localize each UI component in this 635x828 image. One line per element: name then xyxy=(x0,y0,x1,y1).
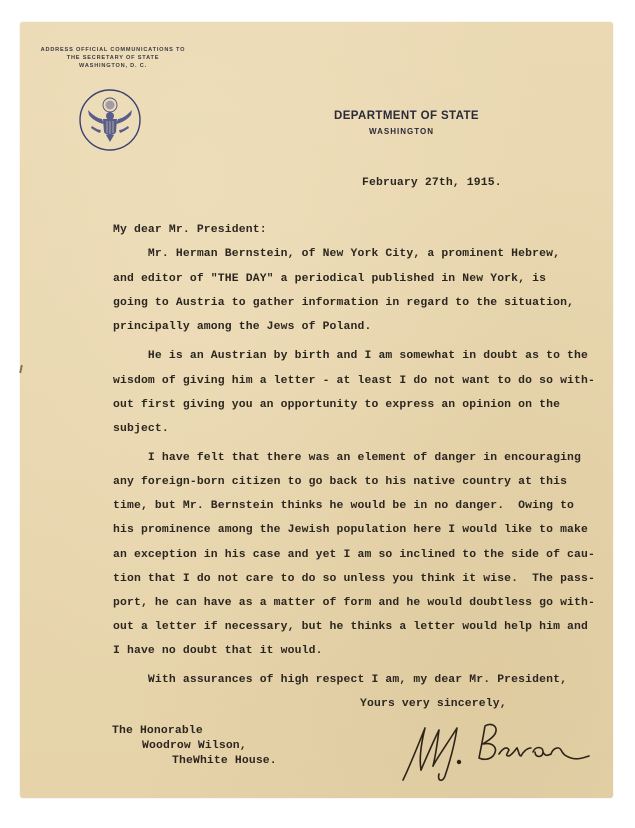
recipient-line-1: The Honorable xyxy=(112,725,203,737)
body-line-10: any foreign-born citizen to go back to h… xyxy=(113,476,567,488)
letterhead-address-line-1: ADDRESS OFFICIAL COMMUNICATIONS TO xyxy=(28,47,198,53)
letterhead-address-line-3: WASHINGTON, D. C. xyxy=(28,63,198,69)
body-line-16: out a letter if necessary, but he thinks… xyxy=(113,621,588,633)
body-line-14: tion that I do not care to do so unless … xyxy=(113,573,595,585)
body-line-6: wisdom of giving him a letter - at least… xyxy=(113,375,595,387)
salutation: My dear Mr. President: xyxy=(113,224,267,236)
body-line-2: and editor of "THE DAY" a periodical pub… xyxy=(113,273,546,285)
handwritten-signature-icon xyxy=(395,718,605,788)
body-line-5: He is an Austrian by birth and I am some… xyxy=(113,350,588,362)
body-line-9: I have felt that there was an element of… xyxy=(113,452,581,464)
department-title: DEPARTMENT OF STATE xyxy=(334,110,479,122)
body-line-7: out first giving you an opportunity to e… xyxy=(113,399,560,411)
body-line-1: Mr. Herman Bernstein, of New York City, … xyxy=(113,248,560,260)
closing: Yours very sincerely, xyxy=(360,698,507,710)
department-city: WASHINGTON xyxy=(369,127,434,136)
body-line-3: going to Austria to gather information i… xyxy=(113,297,574,309)
body-line-15: port, he can have as a matter of form an… xyxy=(113,597,595,609)
body-line-11: time, but Mr. Bernstein thinks he would … xyxy=(113,500,574,512)
letter-date: February 27th, 1915. xyxy=(362,177,502,189)
body-line-13: an exception in his case and yet I am so… xyxy=(113,549,595,561)
recipient-line-3: TheWhite House. xyxy=(172,755,277,767)
body-line-18: With assurances of high respect I am, my… xyxy=(113,674,567,686)
letterhead-address-line-2: THE SECRETARY OF STATE xyxy=(28,55,198,61)
body-line-17: I have no doubt that it would. xyxy=(113,645,323,657)
body-line-4: principally among the Jews of Poland. xyxy=(113,321,371,333)
body-line-8: subject. xyxy=(113,423,169,435)
body-line-12: his prominence among the Jewish populati… xyxy=(113,524,588,536)
great-seal-eagle-icon xyxy=(78,88,142,152)
recipient-line-2: Woodrow Wilson, xyxy=(142,740,247,752)
